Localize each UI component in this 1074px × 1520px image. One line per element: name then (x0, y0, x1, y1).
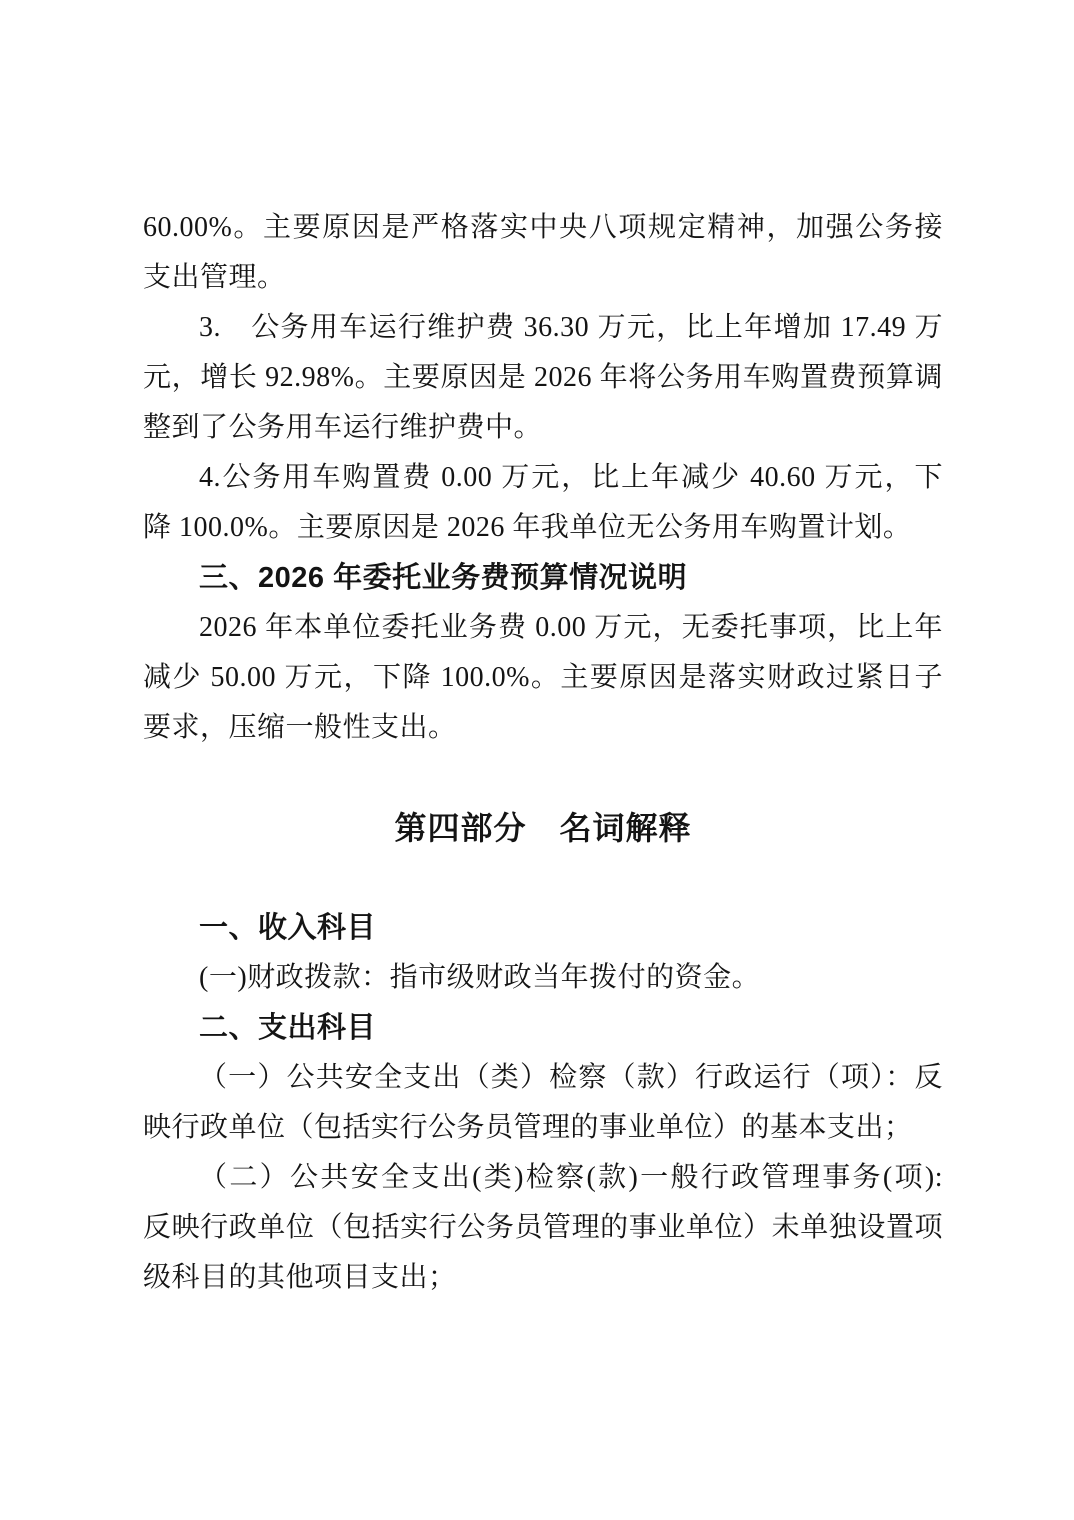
para-vehicle-maintenance-line-3: 整到了公务用车运行维护费中。 (143, 403, 943, 453)
document-page: 60.00%。主要原因是严格落实中央八项规定精神，加强公务接待 支出管理。 3.… (0, 0, 1074, 1520)
para-vehicle-purchase-line-2: 降 100.0%。主要原因是 2026 年我单位无公务用车购置计划。 (143, 503, 943, 553)
heading-income-subjects: 一、收入科目 (143, 903, 943, 953)
document-body: 60.00%。主要原因是严格落实中央八项规定精神，加强公务接待 支出管理。 3.… (143, 203, 943, 1303)
para-vehicle-maintenance-line-2: 元，增长 92.98%。主要原因是 2026 年将公务用车购置费预算调 (143, 353, 943, 403)
section-title: 第四部分 名词解释 (143, 803, 943, 853)
para-reception-cont-line-1: 60.00%。主要原因是严格落实中央八项规定精神，加强公务接待 (143, 203, 943, 253)
para-general-admin-line-3: 级科目的其他项目支出； (143, 1253, 943, 1303)
para-vehicle-purchase-line-1: 4.公务用车购置费 0.00 万元，比上年减少 40.60 万元，下 (143, 453, 943, 503)
para-general-admin-line-1: （二）公共安全支出(类)检察(款)一般行政管理事务(项): (143, 1153, 943, 1203)
para-vehicle-maintenance-line-1: 3. 公务用车运行维护费 36.30 万元，比上年增加 17.49 万 (143, 303, 943, 353)
para-admin-operation-line-2: 映行政单位（包括实行公务员管理的事业单位）的基本支出； (143, 1103, 943, 1153)
para-entrusted-business-line-1: 2026 年本单位委托业务费 0.00 万元，无委托事项，比上年 (143, 603, 943, 653)
para-entrusted-business-line-2: 减少 50.00 万元，下降 100.0%。主要原因是落实财政过紧日子 (143, 653, 943, 703)
para-fiscal-appropriation: (一)财政拨款：指市级财政当年拨付的资金。 (143, 953, 943, 1003)
heading-expenditure-subjects: 二、支出科目 (143, 1003, 943, 1053)
para-admin-operation-line-1: （一）公共安全支出（类）检察（款）行政运行（项）：反 (143, 1053, 943, 1103)
para-general-admin-line-2: 反映行政单位（包括实行公务员管理的事业单位）未单独设置项 (143, 1203, 943, 1253)
heading-entrusted-business: 三、2026 年委托业务费预算情况说明 (143, 553, 943, 603)
para-reception-cont-line-2: 支出管理。 (143, 253, 943, 303)
para-entrusted-business-line-3: 要求，压缩一般性支出。 (143, 703, 943, 753)
